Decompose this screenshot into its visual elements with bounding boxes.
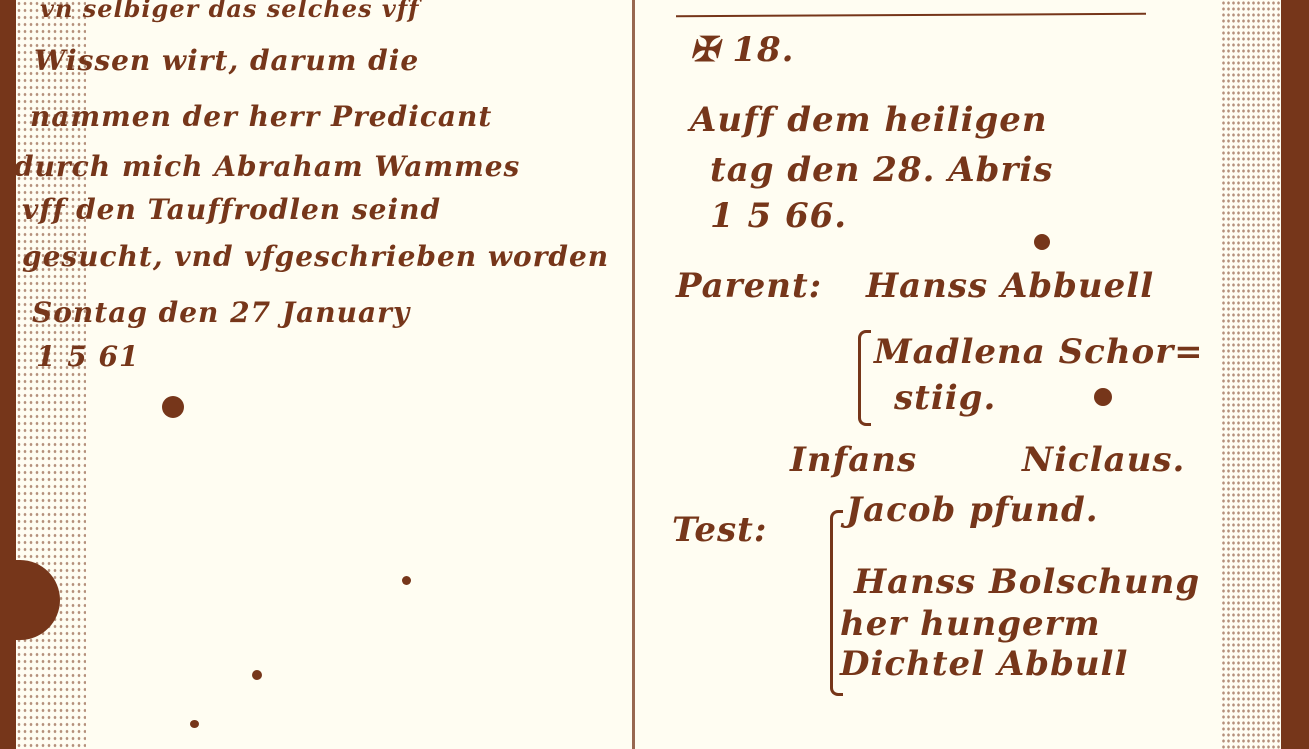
ink-blot xyxy=(1094,388,1112,406)
left-line-7: Sontag den 27 January xyxy=(32,296,410,329)
parents-label: Parent: xyxy=(676,266,822,306)
left-line-1: vn selbiger das selches vff xyxy=(40,0,420,23)
infant-label: Infans xyxy=(790,440,917,480)
left-line-3: nammen der herr Predicant xyxy=(30,100,492,133)
infant-name: Niclaus. xyxy=(1022,440,1185,480)
page-gutter xyxy=(632,0,635,749)
date-line-2: tag den 28. Abris xyxy=(710,150,1053,190)
ink-blot xyxy=(1034,234,1050,250)
entry-number: ✠ 18. xyxy=(690,30,794,70)
ink-blot xyxy=(190,720,199,728)
ink-blot xyxy=(252,670,262,680)
date-line-3-year: 1 5 66. xyxy=(710,196,847,236)
witness-4: Dichtel Abbull xyxy=(840,644,1128,684)
witness-3: her hungerm xyxy=(840,604,1101,644)
parent-mother-cont: stiig. xyxy=(894,378,996,418)
witness-2: Hanss Bolschung xyxy=(854,562,1200,602)
binding-edge-right xyxy=(1281,0,1309,749)
parent-mother: Madlena Schor= xyxy=(874,332,1204,372)
ink-blot xyxy=(402,576,411,585)
left-line-6: gesucht, vnd vfgeschrieben worden xyxy=(22,240,609,273)
left-page: vn selbiger das selches vff Wissen wirt,… xyxy=(0,0,636,749)
left-line-5: vff den Tauffrodlen seind xyxy=(22,193,441,226)
parents-brace xyxy=(858,330,871,426)
left-line-8-year: 1 5 61 xyxy=(36,340,139,373)
witnesses-label: Test: xyxy=(672,510,767,550)
left-line-4: durch mich Abraham Wammes xyxy=(14,150,520,183)
left-line-2: Wissen wirt, darum die xyxy=(34,44,419,77)
witness-1: Jacob pfund. xyxy=(846,490,1099,530)
date-line-1: Auff dem heiligen xyxy=(690,100,1048,140)
ink-blot xyxy=(162,396,184,418)
page-edge-stain xyxy=(1221,0,1281,749)
parent-father: Hanss Abbuell xyxy=(866,266,1154,306)
